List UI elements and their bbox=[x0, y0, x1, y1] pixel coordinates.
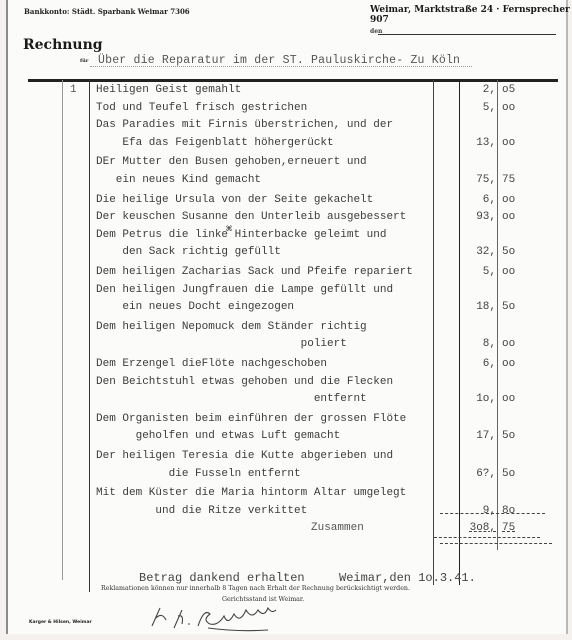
for-label: für bbox=[80, 58, 88, 64]
letterhead-address: Weimar, Marktstraße 24 · Fernsprecher 90… bbox=[370, 5, 572, 25]
item-description-line: Den Beichtstuhl etwas gehoben und die Fl… bbox=[96, 376, 393, 388]
place-date: Weimar,den 1o.3.41. bbox=[339, 571, 476, 585]
item-description-line: entfernt bbox=[96, 393, 367, 405]
item-amount-whole: 5, bbox=[458, 266, 496, 278]
total-rule bbox=[434, 537, 540, 538]
item-description-line: DEr Mutter den Busen gehoben,erneuert un… bbox=[96, 156, 367, 168]
item-amount-whole: 32, bbox=[458, 246, 496, 258]
court-notice: Gerichtsstand ist Weimar. bbox=[222, 596, 304, 603]
item-description-line: Dem Organisten beim einführen der grosse… bbox=[96, 413, 406, 425]
item-amount-cents: o5 bbox=[502, 84, 515, 96]
invoice-title: Rechnung bbox=[23, 37, 103, 53]
item-amount-whole: 6?, bbox=[458, 468, 496, 480]
item-description-line: ein neues Kind gemacht bbox=[96, 174, 261, 186]
item-description-line: Der heiligen Teresia die Kutte abgeriebe… bbox=[96, 450, 393, 462]
item-amount-whole: 6, bbox=[458, 194, 496, 206]
item-amount-cents: 5o bbox=[502, 468, 515, 480]
item-description-line: Tod und Teufel frisch gestrichen bbox=[96, 102, 307, 114]
column-divider bbox=[433, 80, 434, 585]
table-top-rule bbox=[28, 79, 558, 82]
subtotal-rule bbox=[440, 513, 545, 514]
column-divider bbox=[497, 80, 498, 550]
printer-imprint: Karger & Hilsen, Weimar bbox=[29, 620, 92, 625]
item-amount-cents: oo bbox=[502, 137, 515, 149]
item-amount-cents: oo bbox=[502, 338, 515, 350]
item-amount-cents: 5o bbox=[502, 301, 515, 313]
item-amount-cents: 5o bbox=[502, 246, 515, 258]
bank-account: Bankkonto: Städt. Sparbank Weimar 7306 bbox=[24, 7, 190, 16]
position-number: 1 bbox=[70, 84, 77, 96]
item-amount-cents: oo bbox=[502, 211, 515, 223]
item-amount-whole: 93, bbox=[458, 211, 496, 223]
item-description-line: Heiligen Geist gemahlt bbox=[96, 84, 241, 96]
item-description-line: Der keuschen Susanne den Unterleib ausge… bbox=[96, 211, 406, 223]
item-description-line: Dem Petrus die linke Hinterbacke geleimt… bbox=[96, 229, 386, 241]
item-amount-whole: 2, bbox=[458, 84, 496, 96]
item-description-line: Dem heiligen Nepomuck dem Ständer richti… bbox=[96, 321, 367, 333]
item-amount-cents: oo bbox=[502, 266, 515, 278]
item-amount-cents: oo bbox=[502, 393, 515, 405]
item-amount-cents: oo bbox=[502, 102, 515, 114]
item-description-line: die Fusseln entfernt bbox=[96, 468, 301, 480]
total-cents: 75 bbox=[502, 522, 515, 534]
signature bbox=[148, 604, 308, 632]
item-amount-cents: 5o bbox=[502, 430, 515, 442]
item-amount-whole: 75, bbox=[458, 174, 496, 186]
item-amount-cents: 8o bbox=[502, 505, 515, 517]
column-divider bbox=[62, 80, 63, 580]
item-amount-whole: 9, bbox=[458, 505, 496, 517]
column-divider bbox=[89, 80, 90, 592]
item-amount-cents: oo bbox=[502, 194, 515, 206]
item-amount-whole: 18, bbox=[458, 301, 496, 313]
item-amount-cents: oo bbox=[502, 358, 515, 370]
item-description-line: und die Ritze verkittet bbox=[96, 505, 307, 517]
item-description-line: ein neues Docht eingezogen bbox=[96, 301, 294, 313]
item-description-line: Mit dem Küster die Maria hintorm Altar u… bbox=[96, 487, 406, 499]
item-description-line: Das Paradies mit Firnis überstrichen, un… bbox=[96, 119, 393, 131]
item-description-line: Dem Erzengel dieFlöte nachgeschoben bbox=[96, 358, 327, 370]
item-amount-whole: 8, bbox=[458, 338, 496, 350]
item-amount-cents: 75 bbox=[502, 174, 515, 186]
item-amount-whole: 13, bbox=[458, 137, 496, 149]
received-text: Betrag dankend erhalten bbox=[139, 571, 305, 585]
date-line bbox=[378, 34, 556, 35]
item-description-line: Efa das Feigenblatt höhergerückt bbox=[96, 137, 334, 149]
item-amount-whole: 17, bbox=[458, 430, 496, 442]
item-amount-whole: 1o, bbox=[458, 393, 496, 405]
ink-mark: ⌘ bbox=[226, 224, 232, 236]
total-double-rule bbox=[440, 543, 552, 544]
item-amount-whole: 6, bbox=[458, 358, 496, 370]
item-description-line: geholfen und etwas Luft gemacht bbox=[96, 430, 340, 442]
invoice-subject: Über die Reparatur im der ST. Pauluskirc… bbox=[98, 54, 460, 67]
item-description-line: den Sack richtig gefüllt bbox=[96, 246, 281, 258]
total-whole: 3o8, bbox=[458, 522, 496, 534]
claims-notice: Reklamationen können nur innerhalb 8 Tag… bbox=[101, 585, 410, 592]
item-description-line: Die heilige Ursula von der Seite gekache… bbox=[96, 194, 373, 206]
item-description-line: Dem heiligen Zacharias Sack und Pfeife r… bbox=[96, 266, 413, 278]
item-description-line: Den heiligen Jungfrauen die Lampe gefüll… bbox=[96, 284, 393, 296]
item-description-line: poliert bbox=[96, 338, 347, 350]
total-label: Zusammen bbox=[311, 522, 364, 534]
item-amount-whole: 5, bbox=[458, 102, 496, 114]
